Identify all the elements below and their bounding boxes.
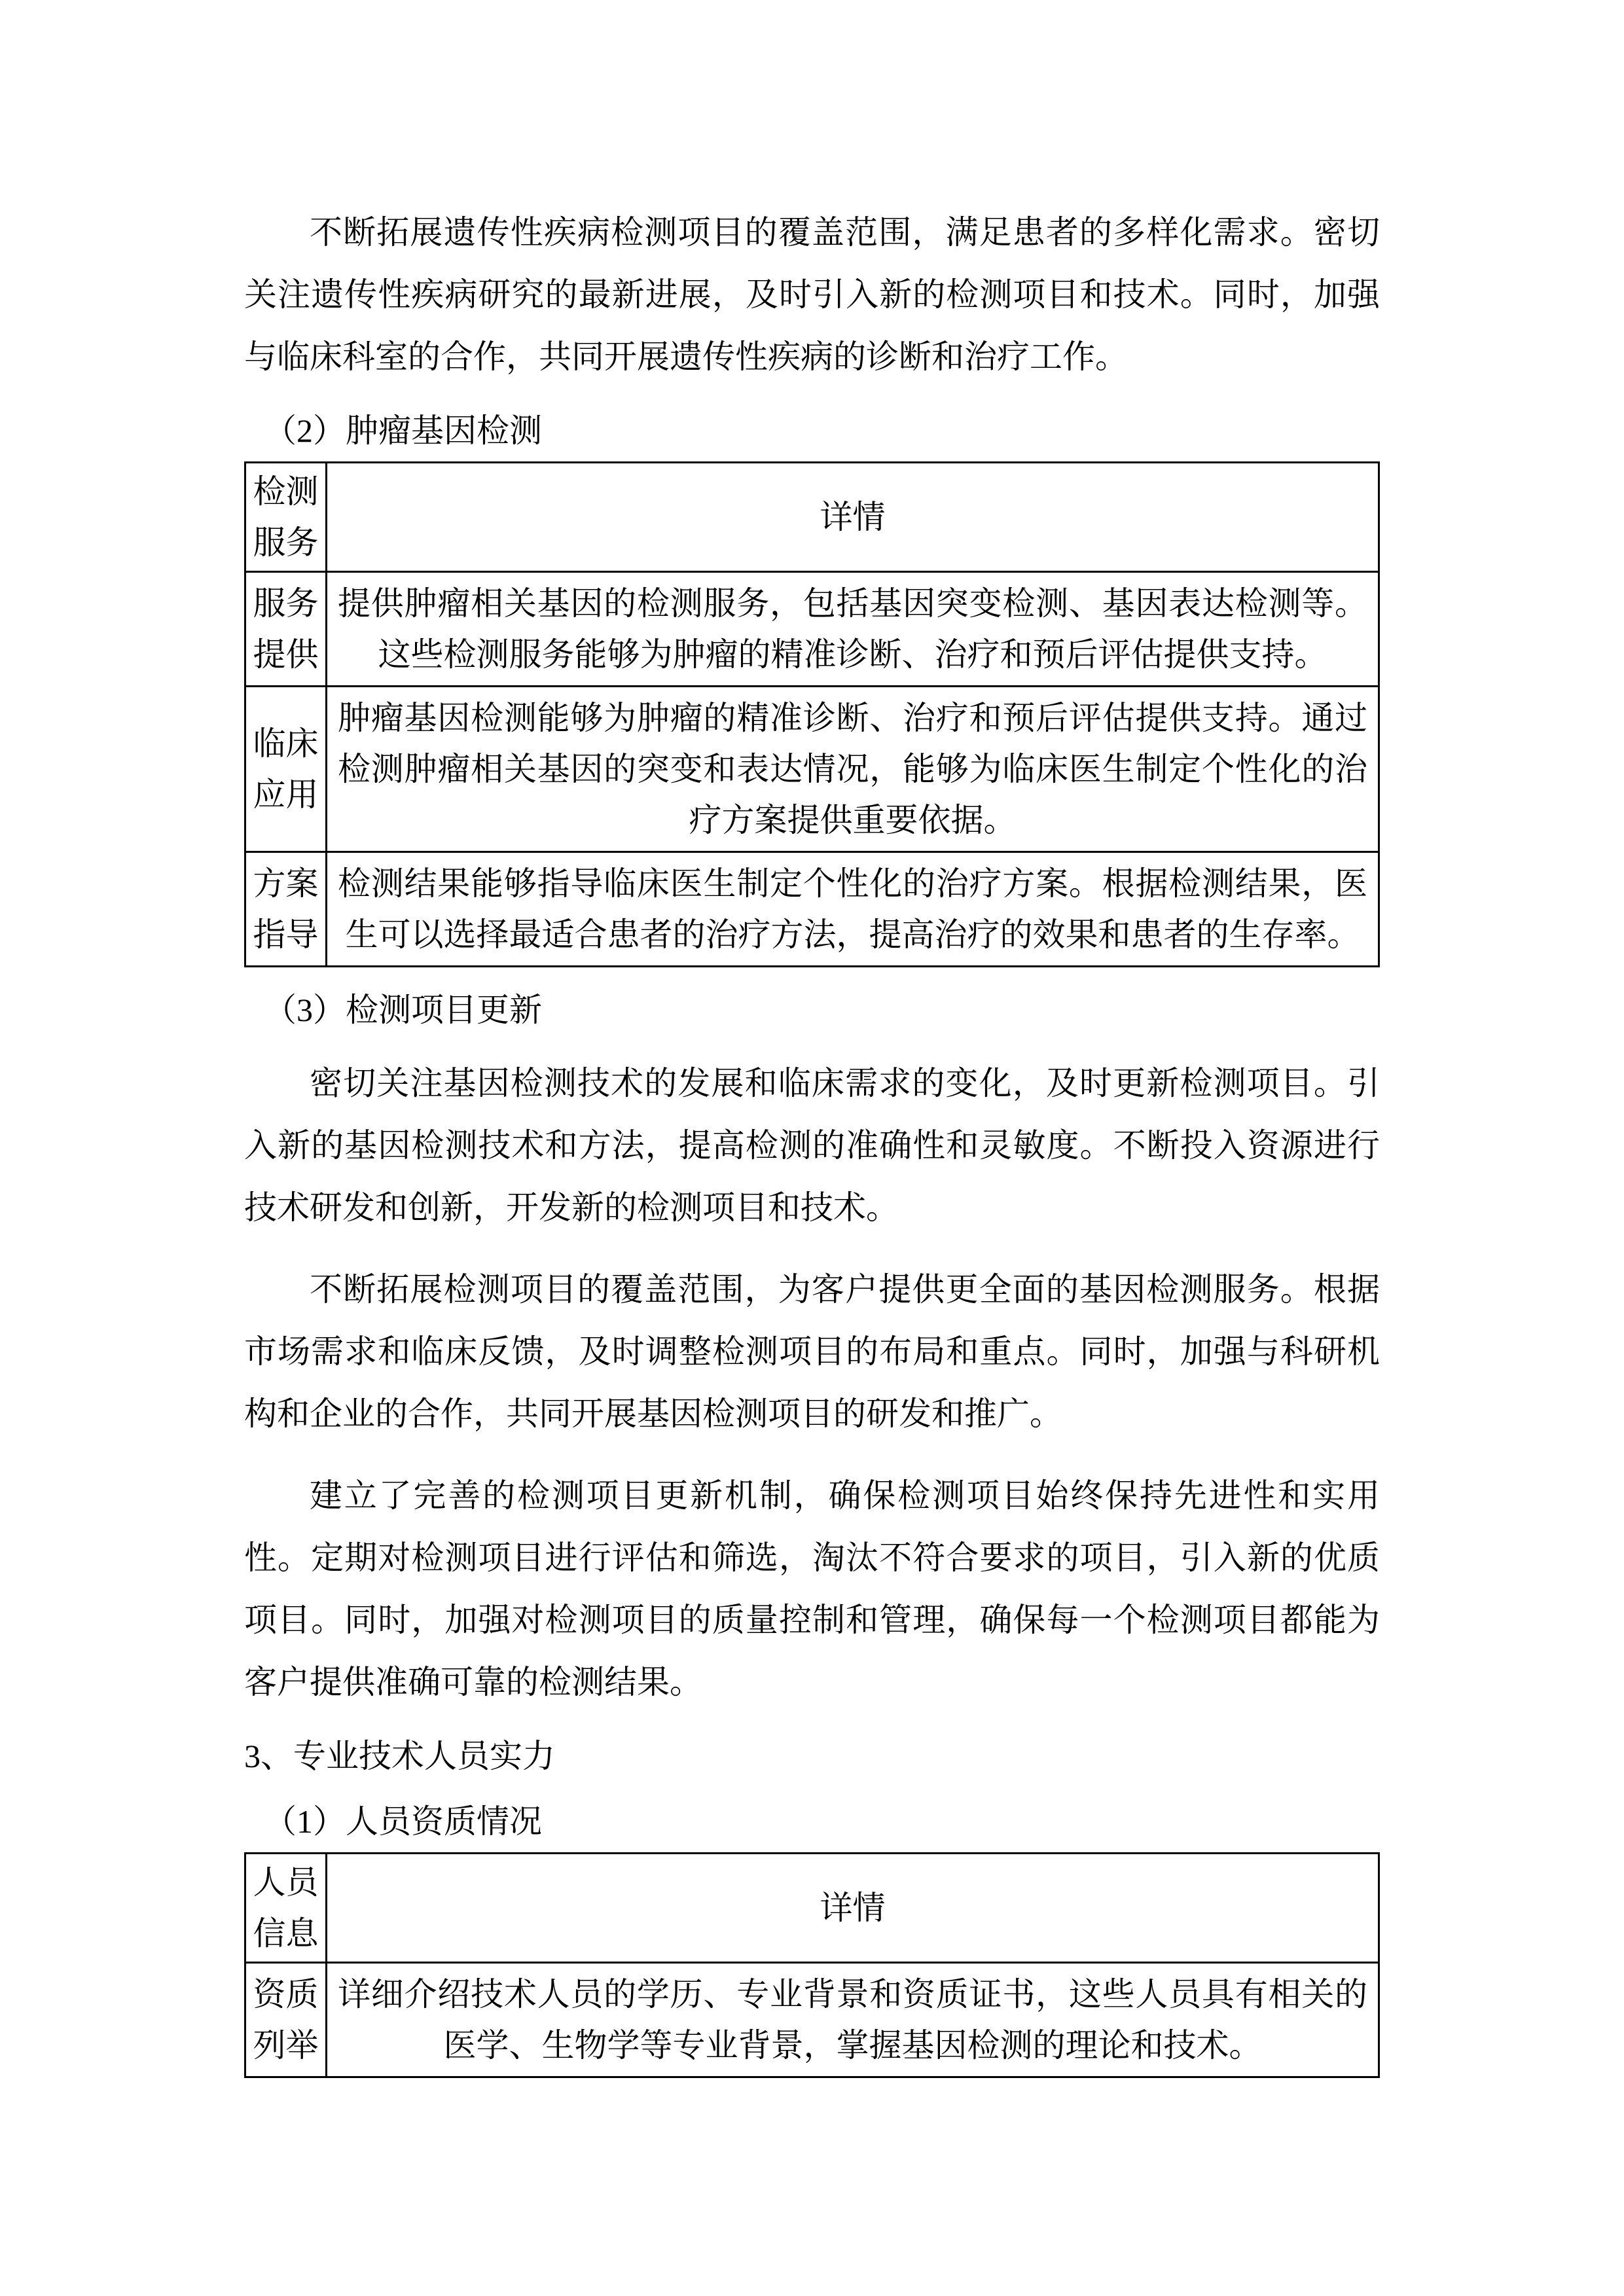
row-detail-cell: 提供肿瘤相关基因的检测服务，包括基因突变检测、基因表达检测等。这些检测服务能够为… <box>327 572 1379 687</box>
table-header-cell-service: 检测服务 <box>245 463 327 572</box>
table-row: 服务提供 提供肿瘤相关基因的检测服务，包括基因突变检测、基因表达检测等。这些检测… <box>245 572 1379 687</box>
paragraph-project-update-expand: 不断拓展检测项目的覆盖范围，为客户提供更全面的基因检测服务。根据市场需求和临床反… <box>244 1259 1380 1445</box>
table-row: 临床应用 肿瘤基因检测能够为肿瘤的精准诊断、治疗和预后评估提供支持。通过检测肿瘤… <box>245 687 1379 852</box>
heading-personnel-qualification: （1）人员资质情况 <box>244 1799 1380 1844</box>
paragraph-genetic-disease-expansion: 不断拓展遗传性疾病检测项目的覆盖范围，满足患者的多样化需求。密切关注遗传性疾病研… <box>244 202 1380 388</box>
row-detail-cell: 详细介绍技术人员的学历、专业背景和资质证书，这些人员具有相关的医学、生物学等专业… <box>327 1963 1379 2077</box>
table-header-cell-detail: 详情 <box>327 463 1379 572</box>
table-header-cell-personnel: 人员信息 <box>245 1854 327 1963</box>
paragraph-project-update-follow: 密切关注基因检测技术的发展和临床需求的变化，及时更新检测项目。引入新的基因检测技… <box>244 1052 1380 1239</box>
table-row: 方案指导 检测结果能够指导临床医生制定个性化的治疗方案。根据检测结果，医生可以选… <box>245 852 1379 967</box>
heading-tumor-gene-testing: （2）肿瘤基因检测 <box>244 408 1380 454</box>
row-detail-cell: 肿瘤基因检测能够为肿瘤的精准诊断、治疗和预后评估提供支持。通过检测肿瘤相关基因的… <box>327 687 1379 852</box>
table-header-row: 检测服务 详情 <box>245 463 1379 572</box>
personnel-qualification-table: 人员信息 详情 资质列举 详细介绍技术人员的学历、专业背景和资质证书，这些人员具… <box>244 1852 1380 2078</box>
heading-testing-project-update: （3）检测项目更新 <box>244 987 1380 1033</box>
document-page: 不断拓展遗传性疾病检测项目的覆盖范围，满足患者的多样化需求。密切关注遗传性疾病研… <box>0 0 1624 2296</box>
table-row: 资质列举 详细介绍技术人员的学历、专业背景和资质证书，这些人员具有相关的医学、生… <box>245 1963 1379 2077</box>
row-label-cell: 方案指导 <box>245 852 327 967</box>
row-detail-cell: 检测结果能够指导临床医生制定个性化的治疗方案。根据检测结果，医生可以选择最适合患… <box>327 852 1379 967</box>
row-label-cell: 资质列举 <box>245 1963 327 2077</box>
table-header-cell-detail: 详情 <box>327 1854 1379 1963</box>
table-header-row: 人员信息 详情 <box>245 1854 1379 1963</box>
row-label-cell: 服务提供 <box>245 572 327 687</box>
heading-technical-personnel-strength: 3、专业技术人员实力 <box>244 1733 1380 1779</box>
row-label-cell: 临床应用 <box>245 687 327 852</box>
tumor-gene-testing-table: 检测服务 详情 服务提供 提供肿瘤相关基因的检测服务，包括基因突变检测、基因表达… <box>244 461 1380 967</box>
paragraph-project-update-mechanism: 建立了完善的检测项目更新机制，确保检测项目始终保持先进性和实用性。定期对检测项目… <box>244 1465 1380 1713</box>
